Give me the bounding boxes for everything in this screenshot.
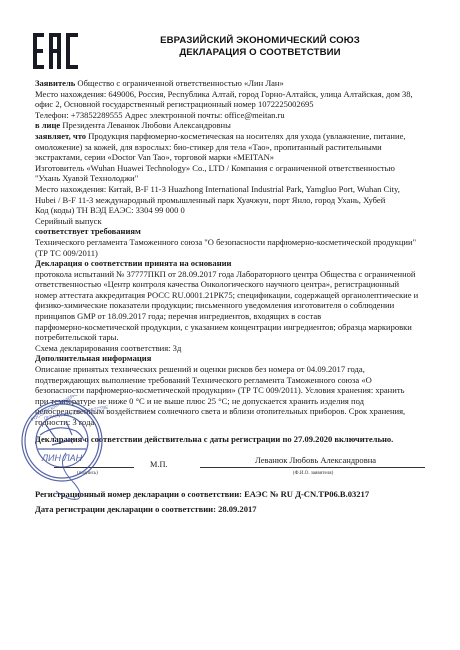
manufacturer-line-4: Hubei / B-F 11-3 международный промышлен… — [35, 195, 447, 206]
manufacturer-line-2: "Ухань Хуавэй Технолоджи" — [35, 173, 447, 184]
declares-text: Продукция парфюмерно-косметическая на но… — [88, 131, 405, 141]
signer-name: Леванюк Любовь Александровна — [255, 455, 376, 466]
basis-line-5: принципов GMP от 18.09.2017 года; перечн… — [35, 311, 447, 322]
person-label: в лице — [35, 120, 60, 130]
declares-line-2: омоложение) за кожей, для взрослых: био-… — [35, 142, 447, 153]
applicant-label: Заявитель — [35, 78, 75, 88]
applicant-address-1: Место нахождения: 649006, Россия, Респуб… — [35, 89, 447, 100]
document-header: ЕВРАЗИЙСКИЙ ЭКОНОМИЧЕСКИЙ СОЮЗ ДЕКЛАРАЦИ… — [140, 35, 380, 59]
union-name: ЕВРАЗИЙСКИЙ ЭКОНОМИЧЕСКИЙ СОЮЗ — [140, 35, 380, 47]
stamp-place-label: М.П. — [150, 460, 168, 471]
release-type: Серийный выпуск — [35, 216, 447, 227]
declares-label: заявляет, что — [35, 131, 86, 141]
requirements-line-1: Технического регламента Таможенного союз… — [35, 237, 447, 248]
applicant-address-2: офис 2, Основной государственный регистр… — [35, 99, 447, 110]
basis-line-1: протокола испытаний № 37777ПКП от 28.09.… — [35, 269, 447, 280]
signer-name-caption: (Ф.И.О. заявителя) — [293, 469, 333, 480]
additional-line-1: Описание принятых технических решений и … — [35, 364, 447, 375]
name-line — [200, 467, 425, 468]
basis-line-7: потребительской тары. — [35, 332, 447, 343]
eac-logo — [33, 33, 78, 69]
company-stamp-icon: ЛИН ЛАН РОССИЙСКАЯ ФЕДЕРАЦИЯ ОГРАНИЧЕННО… — [16, 395, 108, 503]
manufacturer-line-3: Место нахождения: Китай, B-F 11-3 Huazho… — [35, 184, 447, 195]
additional-label: Дополнительная информация — [35, 353, 447, 364]
requirements-line-2: (ТР ТС 009/2011) — [35, 248, 447, 259]
applicant-line: Заявитель Общество с ограниченной ответс… — [35, 78, 447, 89]
declares-line-1: заявляет, что Продукция парфюмерно-косме… — [35, 131, 447, 142]
declares-line-3: экстрактами, серии «Doctor Van Tao», тор… — [35, 152, 447, 163]
basis-line-4: физико-химические показатели продукции; … — [35, 300, 447, 311]
declaration-scheme: Схема декларирования соответствия: 3д — [35, 343, 447, 354]
person-name: Президента Леванюк Любови Александровны — [62, 120, 231, 130]
document-title: ДЕКЛАРАЦИЯ О СООТВЕТСТВИИ — [140, 47, 380, 59]
stamp-center-text: ЛИН ЛАН — [41, 453, 83, 463]
basis-label: Декларация о соответствии принята на осн… — [35, 258, 447, 269]
applicant-name: Общество с ограниченной ответственностью… — [77, 78, 283, 88]
requirements-label: соответствует требованиям — [35, 226, 447, 237]
basis-line-6: парфюмерно-косметической продукции, с ук… — [35, 322, 447, 333]
basis-line-3: номер аттестата аккредитация РОСС RU.000… — [35, 290, 447, 301]
tn-ved-code: Код (коды) ТН ВЭД ЕАЭС: 3304 99 000 0 — [35, 205, 447, 216]
applicant-contacts: Телефон: +73852289555 Адрес электронной … — [35, 110, 447, 121]
additional-line-2: подтверждающих выполнение требований Тех… — [35, 375, 447, 386]
registration-date: Дата регистрации декларации о соответств… — [35, 504, 447, 515]
basis-line-2: ответственностью «Центр контроля качеств… — [35, 279, 447, 290]
applicant-person: в лице Президента Леванюк Любови Алексан… — [35, 120, 447, 131]
manufacturer-line-1: Изготовитель «Wuhan Huawei Technology» C… — [35, 163, 447, 174]
